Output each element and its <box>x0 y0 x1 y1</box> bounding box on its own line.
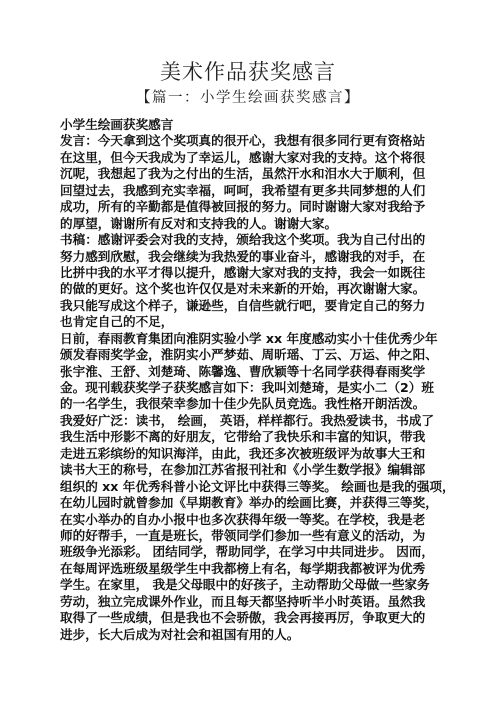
body-line: 日前，春雨教育集团向淮阴实验小学 xx 年度感动实小十佳优秀少年 <box>60 331 430 347</box>
body-line: 学生。在家里， 我是父母眼中的好孩子，主动帮助父母做一些家务 <box>60 577 430 593</box>
body-line: 在幼儿园时就曾参加《早期教育》举办的绘画比赛，并获得三等奖， <box>60 495 430 511</box>
body-line: 在实小举办的自办小报中也多次获得年级一等奖。在学校，我是老 <box>60 512 430 528</box>
body-line: 我只能写成这个样子，谦逊些，自信些就行吧，要肯定自己的努力 <box>60 298 430 314</box>
body-line: 金。现刊载获奖学子获奖感言如下：我叫刘楚琦，是实小二（2）班 <box>60 380 430 396</box>
document-body: 小学生绘画获奖感言 发言：今天拿到这个奖项真的很开心，我想有很多同行更有资格站 … <box>60 117 430 643</box>
body-line: 我生活中形影不离的好朋友，它带给了我快乐和丰富的知识，带我 <box>60 429 430 445</box>
body-line: 取得了一些成绩，但是我也不会骄傲，我会再接再厉，争取更大的 <box>60 610 430 626</box>
body-line: 也肯定自己的不足， <box>60 314 430 330</box>
body-line: 努力感到欣慰，我会继续为我热爱的事业奋斗，感谢我的对手，在 <box>60 249 430 265</box>
body-line: 进步，长大后成为对社会和祖国有用的人。 <box>60 627 430 643</box>
section-heading: 小学生绘画获奖感言 <box>60 117 430 133</box>
body-line: 班级争光添彩。 团结同学，帮助同学，在学习中共同进步。 因而， <box>60 544 430 560</box>
body-line: 的一名学生，我很荣幸参加十佳少先队员竞选。我性格开朗活泼。 <box>60 396 430 412</box>
body-line: 比拼中我的水平才得以提升，感谢大家对我的支持，我会一如既往 <box>60 265 430 281</box>
body-line: 读书大王的称号，在参加江苏省报刊社和《小学生数学报》编辑部 <box>60 462 430 478</box>
body-line: 在这里，但今天我成为了幸运儿，感谢大家对我的支持。这个将很 <box>60 150 430 166</box>
body-line: 成功，所有的辛勤都是值得被回报的努力。同时谢谢大家对我给予 <box>60 199 430 215</box>
body-line: 回望过去，我感到充实幸福，呵呵，我希望有更多共同梦想的人们 <box>60 183 430 199</box>
body-line: 张宇淮、王舒、刘楚琦、陈馨逸、曹欣颖等十名同学获得春雨奖学 <box>60 364 430 380</box>
body-line: 走进五彩缤纷的知识海洋，由此，我还多次被班级评为故事大王和 <box>60 446 430 462</box>
body-line: 书稿：感谢评委会对我的支持，颁给我这个奖项。我为自己付出的 <box>60 232 430 248</box>
body-line: 我爱好广泛：读书， 绘画， 英语，样样都行。我热爱读书，书成了 <box>60 413 430 429</box>
document-subtitle: 【篇一：小学生绘画获奖感言】 <box>0 88 496 108</box>
body-line: 师的好帮手，一直是班长，带领同学们参加一些有意义的活动，为 <box>60 528 430 544</box>
body-line: 的做的更好。这个奖也许仅仅是对未来新的开始，再次谢谢大家。 <box>60 281 430 297</box>
body-line: 颁发春雨奖学金，淮阴实小严梦茹、周昕瑶、丁云、万运、仲之阳、 <box>60 347 430 363</box>
body-line: 发言：今天拿到这个奖项真的很开心，我想有很多同行更有资格站 <box>60 133 430 149</box>
body-line: 的厚望，谢谢所有反对和支持我的人。谢谢大家。 <box>60 216 430 232</box>
body-line: 沉呢，我想起了我为之付出的生活，虽然汗水和泪水大于顺利，但 <box>60 166 430 182</box>
document-page: 美术作品获奖感言 【篇一：小学生绘画获奖感言】 小学生绘画获奖感言 发言：今天拿… <box>0 0 496 702</box>
document-title: 美术作品获奖感言 <box>0 59 496 85</box>
body-line: 在每周评选班级星级学生中我都榜上有名，每学期我都被评为优秀 <box>60 561 430 577</box>
body-line: 组织的 xx 年优秀科普小论文评比中获得三等奖。 绘画也是我的强项， <box>60 479 430 495</box>
body-line: 劳动，独立完成课外作业，而且每天都坚持听半小时英语。虽然我 <box>60 594 430 610</box>
